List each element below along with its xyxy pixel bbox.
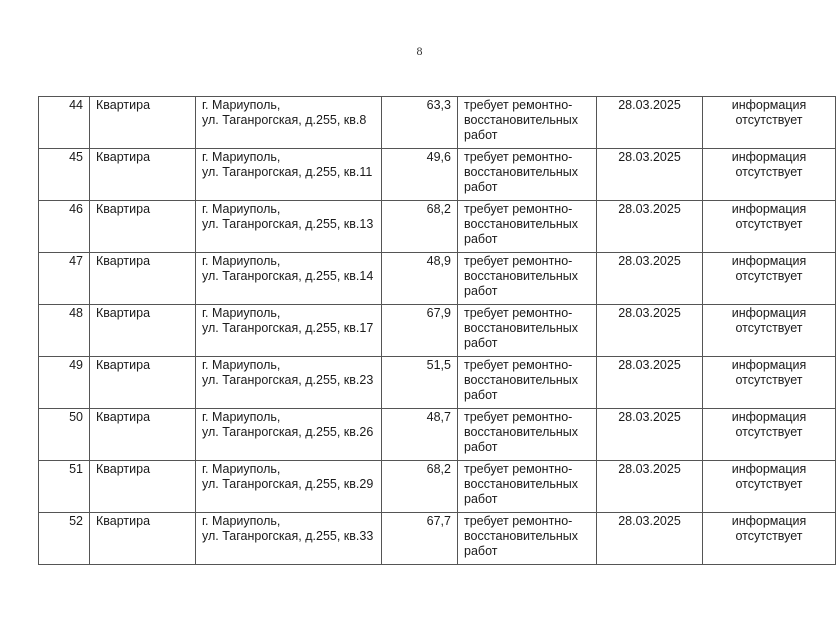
info-cell-line: информация xyxy=(709,202,829,217)
table-row: 48Квартираг. Мариуполь,ул. Таганрогская,… xyxy=(39,305,836,357)
property-type-cell: Квартира xyxy=(90,149,196,201)
address-cell-line: ул. Таганрогская, д.255, кв.8 xyxy=(202,113,375,128)
address-cell-line: г. Мариуполь, xyxy=(202,306,375,321)
condition-cell: требует ремонтно-восстановительныхработ xyxy=(458,97,597,149)
property-type-cell: Квартира xyxy=(90,513,196,565)
condition-cell-line: требует ремонтно- xyxy=(464,358,590,373)
info-cell-line: информация xyxy=(709,254,829,269)
address-cell-line: г. Мариуполь, xyxy=(202,410,375,425)
info-cell: информацияотсутствует xyxy=(703,253,836,305)
condition-cell-line: требует ремонтно- xyxy=(464,254,590,269)
date-cell: 28.03.2025 xyxy=(597,461,703,513)
area-cell: 51,5 xyxy=(382,357,458,409)
row-number-cell: 47 xyxy=(39,253,90,305)
info-cell-line: отсутствует xyxy=(709,165,829,180)
info-cell: информацияотсутствует xyxy=(703,409,836,461)
address-cell-line: ул. Таганрогская, д.255, кв.29 xyxy=(202,477,375,492)
condition-cell-line: восстановительных xyxy=(464,477,590,492)
address-cell-line: г. Мариуполь, xyxy=(202,462,375,477)
row-number-cell: 50 xyxy=(39,409,90,461)
table-row: 51Квартираг. Мариуполь,ул. Таганрогская,… xyxy=(39,461,836,513)
condition-cell-line: требует ремонтно- xyxy=(464,202,590,217)
info-cell: информацияотсутствует xyxy=(703,201,836,253)
row-number-cell: 48 xyxy=(39,305,90,357)
area-cell: 68,2 xyxy=(382,201,458,253)
property-type-cell: Квартира xyxy=(90,357,196,409)
condition-cell-line: восстановительных xyxy=(464,373,590,388)
condition-cell: требует ремонтно-восстановительныхработ xyxy=(458,253,597,305)
condition-cell-line: работ xyxy=(464,128,590,143)
date-cell: 28.03.2025 xyxy=(597,201,703,253)
date-cell: 28.03.2025 xyxy=(597,409,703,461)
address-cell-line: г. Мариуполь, xyxy=(202,202,375,217)
condition-cell-line: восстановительных xyxy=(464,217,590,232)
info-cell: информацияотсутствует xyxy=(703,149,836,201)
info-cell-line: информация xyxy=(709,150,829,165)
info-cell: информацияотсутствует xyxy=(703,461,836,513)
table-row: 52Квартираг. Мариуполь,ул. Таганрогская,… xyxy=(39,513,836,565)
info-cell: информацияотсутствует xyxy=(703,305,836,357)
area-cell: 67,9 xyxy=(382,305,458,357)
address-cell-line: ул. Таганрогская, д.255, кв.23 xyxy=(202,373,375,388)
address-cell-line: ул. Таганрогская, д.255, кв.26 xyxy=(202,425,375,440)
condition-cell-line: требует ремонтно- xyxy=(464,462,590,477)
property-registry-table: 44Квартираг. Мариуполь,ул. Таганрогская,… xyxy=(38,96,836,565)
address-cell: г. Мариуполь,ул. Таганрогская, д.255, кв… xyxy=(196,305,382,357)
info-cell-line: отсутствует xyxy=(709,477,829,492)
address-cell: г. Мариуполь,ул. Таганрогская, д.255, кв… xyxy=(196,97,382,149)
date-cell: 28.03.2025 xyxy=(597,357,703,409)
date-cell: 28.03.2025 xyxy=(597,149,703,201)
table-row: 46Квартираг. Мариуполь,ул. Таганрогская,… xyxy=(39,201,836,253)
condition-cell: требует ремонтно-восстановительныхработ xyxy=(458,357,597,409)
info-cell-line: отсутствует xyxy=(709,217,829,232)
address-cell-line: г. Мариуполь, xyxy=(202,150,375,165)
info-cell-line: отсутствует xyxy=(709,321,829,336)
info-cell-line: отсутствует xyxy=(709,373,829,388)
address-cell: г. Мариуполь,ул. Таганрогская, д.255, кв… xyxy=(196,253,382,305)
condition-cell: требует ремонтно-восстановительныхработ xyxy=(458,513,597,565)
page-number: 8 xyxy=(0,44,839,59)
address-cell-line: ул. Таганрогская, д.255, кв.11 xyxy=(202,165,375,180)
condition-cell-line: восстановительных xyxy=(464,425,590,440)
info-cell-line: отсутствует xyxy=(709,113,829,128)
address-cell-line: ул. Таганрогская, д.255, кв.14 xyxy=(202,269,375,284)
area-cell: 67,7 xyxy=(382,513,458,565)
info-cell: информацияотсутствует xyxy=(703,97,836,149)
info-cell-line: информация xyxy=(709,514,829,529)
area-cell: 68,2 xyxy=(382,461,458,513)
condition-cell-line: восстановительных xyxy=(464,321,590,336)
condition-cell-line: требует ремонтно- xyxy=(464,514,590,529)
table-row: 50Квартираг. Мариуполь,ул. Таганрогская,… xyxy=(39,409,836,461)
row-number-cell: 44 xyxy=(39,97,90,149)
date-cell: 28.03.2025 xyxy=(597,97,703,149)
table-body: 44Квартираг. Мариуполь,ул. Таганрогская,… xyxy=(39,97,836,565)
info-cell: информацияотсутствует xyxy=(703,357,836,409)
property-type-cell: Квартира xyxy=(90,97,196,149)
address-cell-line: г. Мариуполь, xyxy=(202,358,375,373)
address-cell-line: ул. Таганрогская, д.255, кв.33 xyxy=(202,529,375,544)
info-cell-line: информация xyxy=(709,410,829,425)
condition-cell: требует ремонтно-восстановительныхработ xyxy=(458,201,597,253)
info-cell-line: информация xyxy=(709,462,829,477)
address-cell: г. Мариуполь,ул. Таганрогская, д.255, кв… xyxy=(196,357,382,409)
condition-cell-line: требует ремонтно- xyxy=(464,150,590,165)
condition-cell-line: работ xyxy=(464,180,590,195)
condition-cell-line: требует ремонтно- xyxy=(464,98,590,113)
info-cell: информацияотсутствует xyxy=(703,513,836,565)
table-row: 49Квартираг. Мариуполь,ул. Таганрогская,… xyxy=(39,357,836,409)
row-number-cell: 52 xyxy=(39,513,90,565)
address-cell-line: г. Мариуполь, xyxy=(202,514,375,529)
info-cell-line: отсутствует xyxy=(709,269,829,284)
info-cell-line: информация xyxy=(709,306,829,321)
condition-cell-line: работ xyxy=(464,544,590,559)
address-cell: г. Мариуполь,ул. Таганрогская, д.255, кв… xyxy=(196,409,382,461)
table-row: 44Квартираг. Мариуполь,ул. Таганрогская,… xyxy=(39,97,836,149)
address-cell: г. Мариуполь,ул. Таганрогская, д.255, кв… xyxy=(196,461,382,513)
address-cell: г. Мариуполь,ул. Таганрогская, д.255, кв… xyxy=(196,513,382,565)
condition-cell-line: работ xyxy=(464,388,590,403)
property-type-cell: Квартира xyxy=(90,409,196,461)
condition-cell: требует ремонтно-восстановительныхработ xyxy=(458,149,597,201)
condition-cell-line: восстановительных xyxy=(464,113,590,128)
address-cell-line: г. Мариуполь, xyxy=(202,98,375,113)
date-cell: 28.03.2025 xyxy=(597,305,703,357)
condition-cell-line: работ xyxy=(464,440,590,455)
condition-cell-line: восстановительных xyxy=(464,165,590,180)
condition-cell-line: требует ремонтно- xyxy=(464,410,590,425)
area-cell: 48,9 xyxy=(382,253,458,305)
row-number-cell: 46 xyxy=(39,201,90,253)
area-cell: 48,7 xyxy=(382,409,458,461)
area-cell: 63,3 xyxy=(382,97,458,149)
property-type-cell: Квартира xyxy=(90,253,196,305)
area-cell: 49,6 xyxy=(382,149,458,201)
condition-cell-line: восстановительных xyxy=(464,269,590,284)
condition-cell: требует ремонтно-восстановительныхработ xyxy=(458,305,597,357)
row-number-cell: 45 xyxy=(39,149,90,201)
condition-cell-line: требует ремонтно- xyxy=(464,306,590,321)
condition-cell-line: работ xyxy=(464,492,590,507)
date-cell: 28.03.2025 xyxy=(597,513,703,565)
property-type-cell: Квартира xyxy=(90,305,196,357)
info-cell-line: отсутствует xyxy=(709,425,829,440)
address-cell-line: г. Мариуполь, xyxy=(202,254,375,269)
condition-cell-line: работ xyxy=(464,284,590,299)
condition-cell: требует ремонтно-восстановительныхработ xyxy=(458,461,597,513)
condition-cell-line: работ xyxy=(464,336,590,351)
row-number-cell: 49 xyxy=(39,357,90,409)
address-cell: г. Мариуполь,ул. Таганрогская, д.255, кв… xyxy=(196,149,382,201)
row-number-cell: 51 xyxy=(39,461,90,513)
property-type-cell: Квартира xyxy=(90,201,196,253)
date-cell: 28.03.2025 xyxy=(597,253,703,305)
condition-cell-line: работ xyxy=(464,232,590,247)
condition-cell-line: восстановительных xyxy=(464,529,590,544)
address-cell-line: ул. Таганрогская, д.255, кв.17 xyxy=(202,321,375,336)
info-cell-line: информация xyxy=(709,98,829,113)
table-row: 47Квартираг. Мариуполь,ул. Таганрогская,… xyxy=(39,253,836,305)
address-cell-line: ул. Таганрогская, д.255, кв.13 xyxy=(202,217,375,232)
condition-cell: требует ремонтно-восстановительныхработ xyxy=(458,409,597,461)
property-type-cell: Квартира xyxy=(90,461,196,513)
info-cell-line: отсутствует xyxy=(709,529,829,544)
table-row: 45Квартираг. Мариуполь,ул. Таганрогская,… xyxy=(39,149,836,201)
address-cell: г. Мариуполь,ул. Таганрогская, д.255, кв… xyxy=(196,201,382,253)
info-cell-line: информация xyxy=(709,358,829,373)
